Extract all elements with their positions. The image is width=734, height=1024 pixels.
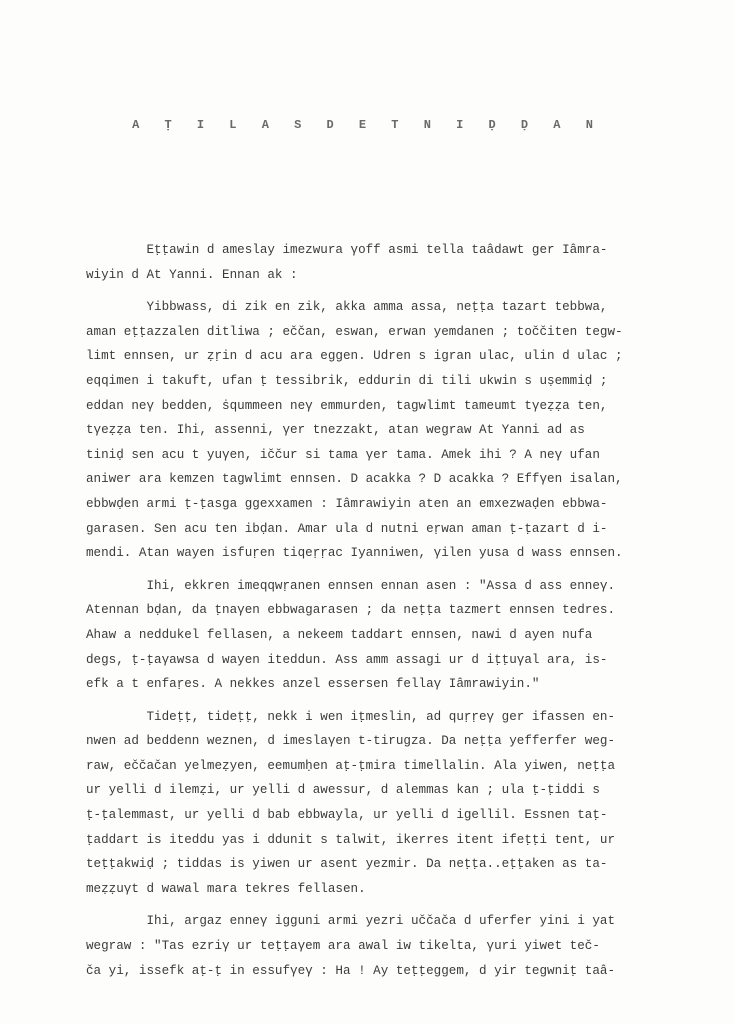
paragraph: Yibbwass, di zik en zik, akka amma assa,… (86, 295, 646, 566)
text-line: efk a t enfaṛes. A nekkes anzel essersen… (86, 672, 646, 697)
text-line: Yibbwass, di zik en zik, akka amma assa,… (86, 295, 646, 320)
text-line: garasen. Sen acu ten ibḍan. Amar ula d n… (86, 517, 646, 542)
text-line: ča yi, issefk aṭ-ṭ in essufγeγ : Ha ! Ay… (86, 959, 646, 984)
text-line: wiyin d At Yanni. Ennan ak : (86, 263, 646, 288)
text-line: Ihi, ekkren imeqqwṛanen ennsen ennan ase… (86, 574, 646, 599)
text-line: degs, ṭ-ṭaγawsa d wayen iteddun. Ass amm… (86, 648, 646, 673)
text-line: eqqimen i takuft, ufan ṭ tessibrik, eddu… (86, 369, 646, 394)
text-line: meẓẓuγt d wawal mara tekres fellasen. (86, 877, 646, 902)
text-line: raw, eččačan yelmeẓyen, eemumḥen aṭ-ṭmir… (86, 754, 646, 779)
text-line: nwen ad beddenn weznen, d imeslaγen t-ti… (86, 729, 646, 754)
text-line: aniwer ara kemzen tagwlimt ennsen. D aca… (86, 467, 646, 492)
text-line: eddan neγ bedden, ṡqummeen neγ emmurden,… (86, 394, 646, 419)
document-title: A Ṭ I L A S D E T N I Ḍ Ḍ A N (0, 118, 734, 132)
text-line: ṭaddart is iteddu yas i ddunit s talwit,… (86, 828, 646, 853)
text-line: ur yelli d ilemẓi, ur yelli d awessur, d… (86, 778, 646, 803)
document-page: A Ṭ I L A S D E T N I Ḍ Ḍ A N Eṭṭawin d … (0, 0, 734, 1024)
text-line: Tideṭṭ, tideṭṭ, nekk i wen iṭmeslin, ad … (86, 705, 646, 730)
text-line: Atennan bḍan, da ṭnaγen ebbwagarasen ; d… (86, 598, 646, 623)
text-line: Eṭṭawin d ameslay imezwura γoff asmi tel… (86, 238, 646, 263)
text-line: tγeẓẓa ten. Ihi, assenni, γer tnezzakt, … (86, 418, 646, 443)
text-line: ebbwḍen armi ṭ-ṭasga ggexxamen : Iâmrawi… (86, 492, 646, 517)
text-line: wegraw : "Tas ezriγ ur teṭṭaγem ara awal… (86, 934, 646, 959)
text-line: aman eṭṭazzalen ditliwa ; eččan, eswan, … (86, 320, 646, 345)
text-line: mendi. Atan wayen isfuṛen tiqeṛṛac Iyann… (86, 541, 646, 566)
paragraph: Ihi, ekkren imeqqwṛanen ennsen ennan ase… (86, 574, 646, 697)
text-line: Ahaw a neddukel fellasen, a nekeem tadda… (86, 623, 646, 648)
paragraph: Ihi, argaz enneγ igguni armi yezri uččač… (86, 909, 646, 983)
paragraph: Tideṭṭ, tideṭṭ, nekk i wen iṭmeslin, ad … (86, 705, 646, 902)
text-line: limt ennsen, ur ẓṛin d acu ara eggen. Ud… (86, 344, 646, 369)
text-line: Ihi, argaz enneγ igguni armi yezri uččač… (86, 909, 646, 934)
text-line: tiniḍ sen acu t yuγen, iččur si tama γer… (86, 443, 646, 468)
text-line: teṭṭakwiḍ ; tiddas is yiwen ur asent yez… (86, 852, 646, 877)
text-line: ṭ-ṭalemmast, ur yelli d bab ebbwayla, ur… (86, 803, 646, 828)
document-body: Eṭṭawin d ameslay imezwura γoff asmi tel… (86, 238, 646, 991)
paragraph: Eṭṭawin d ameslay imezwura γoff asmi tel… (86, 238, 646, 287)
